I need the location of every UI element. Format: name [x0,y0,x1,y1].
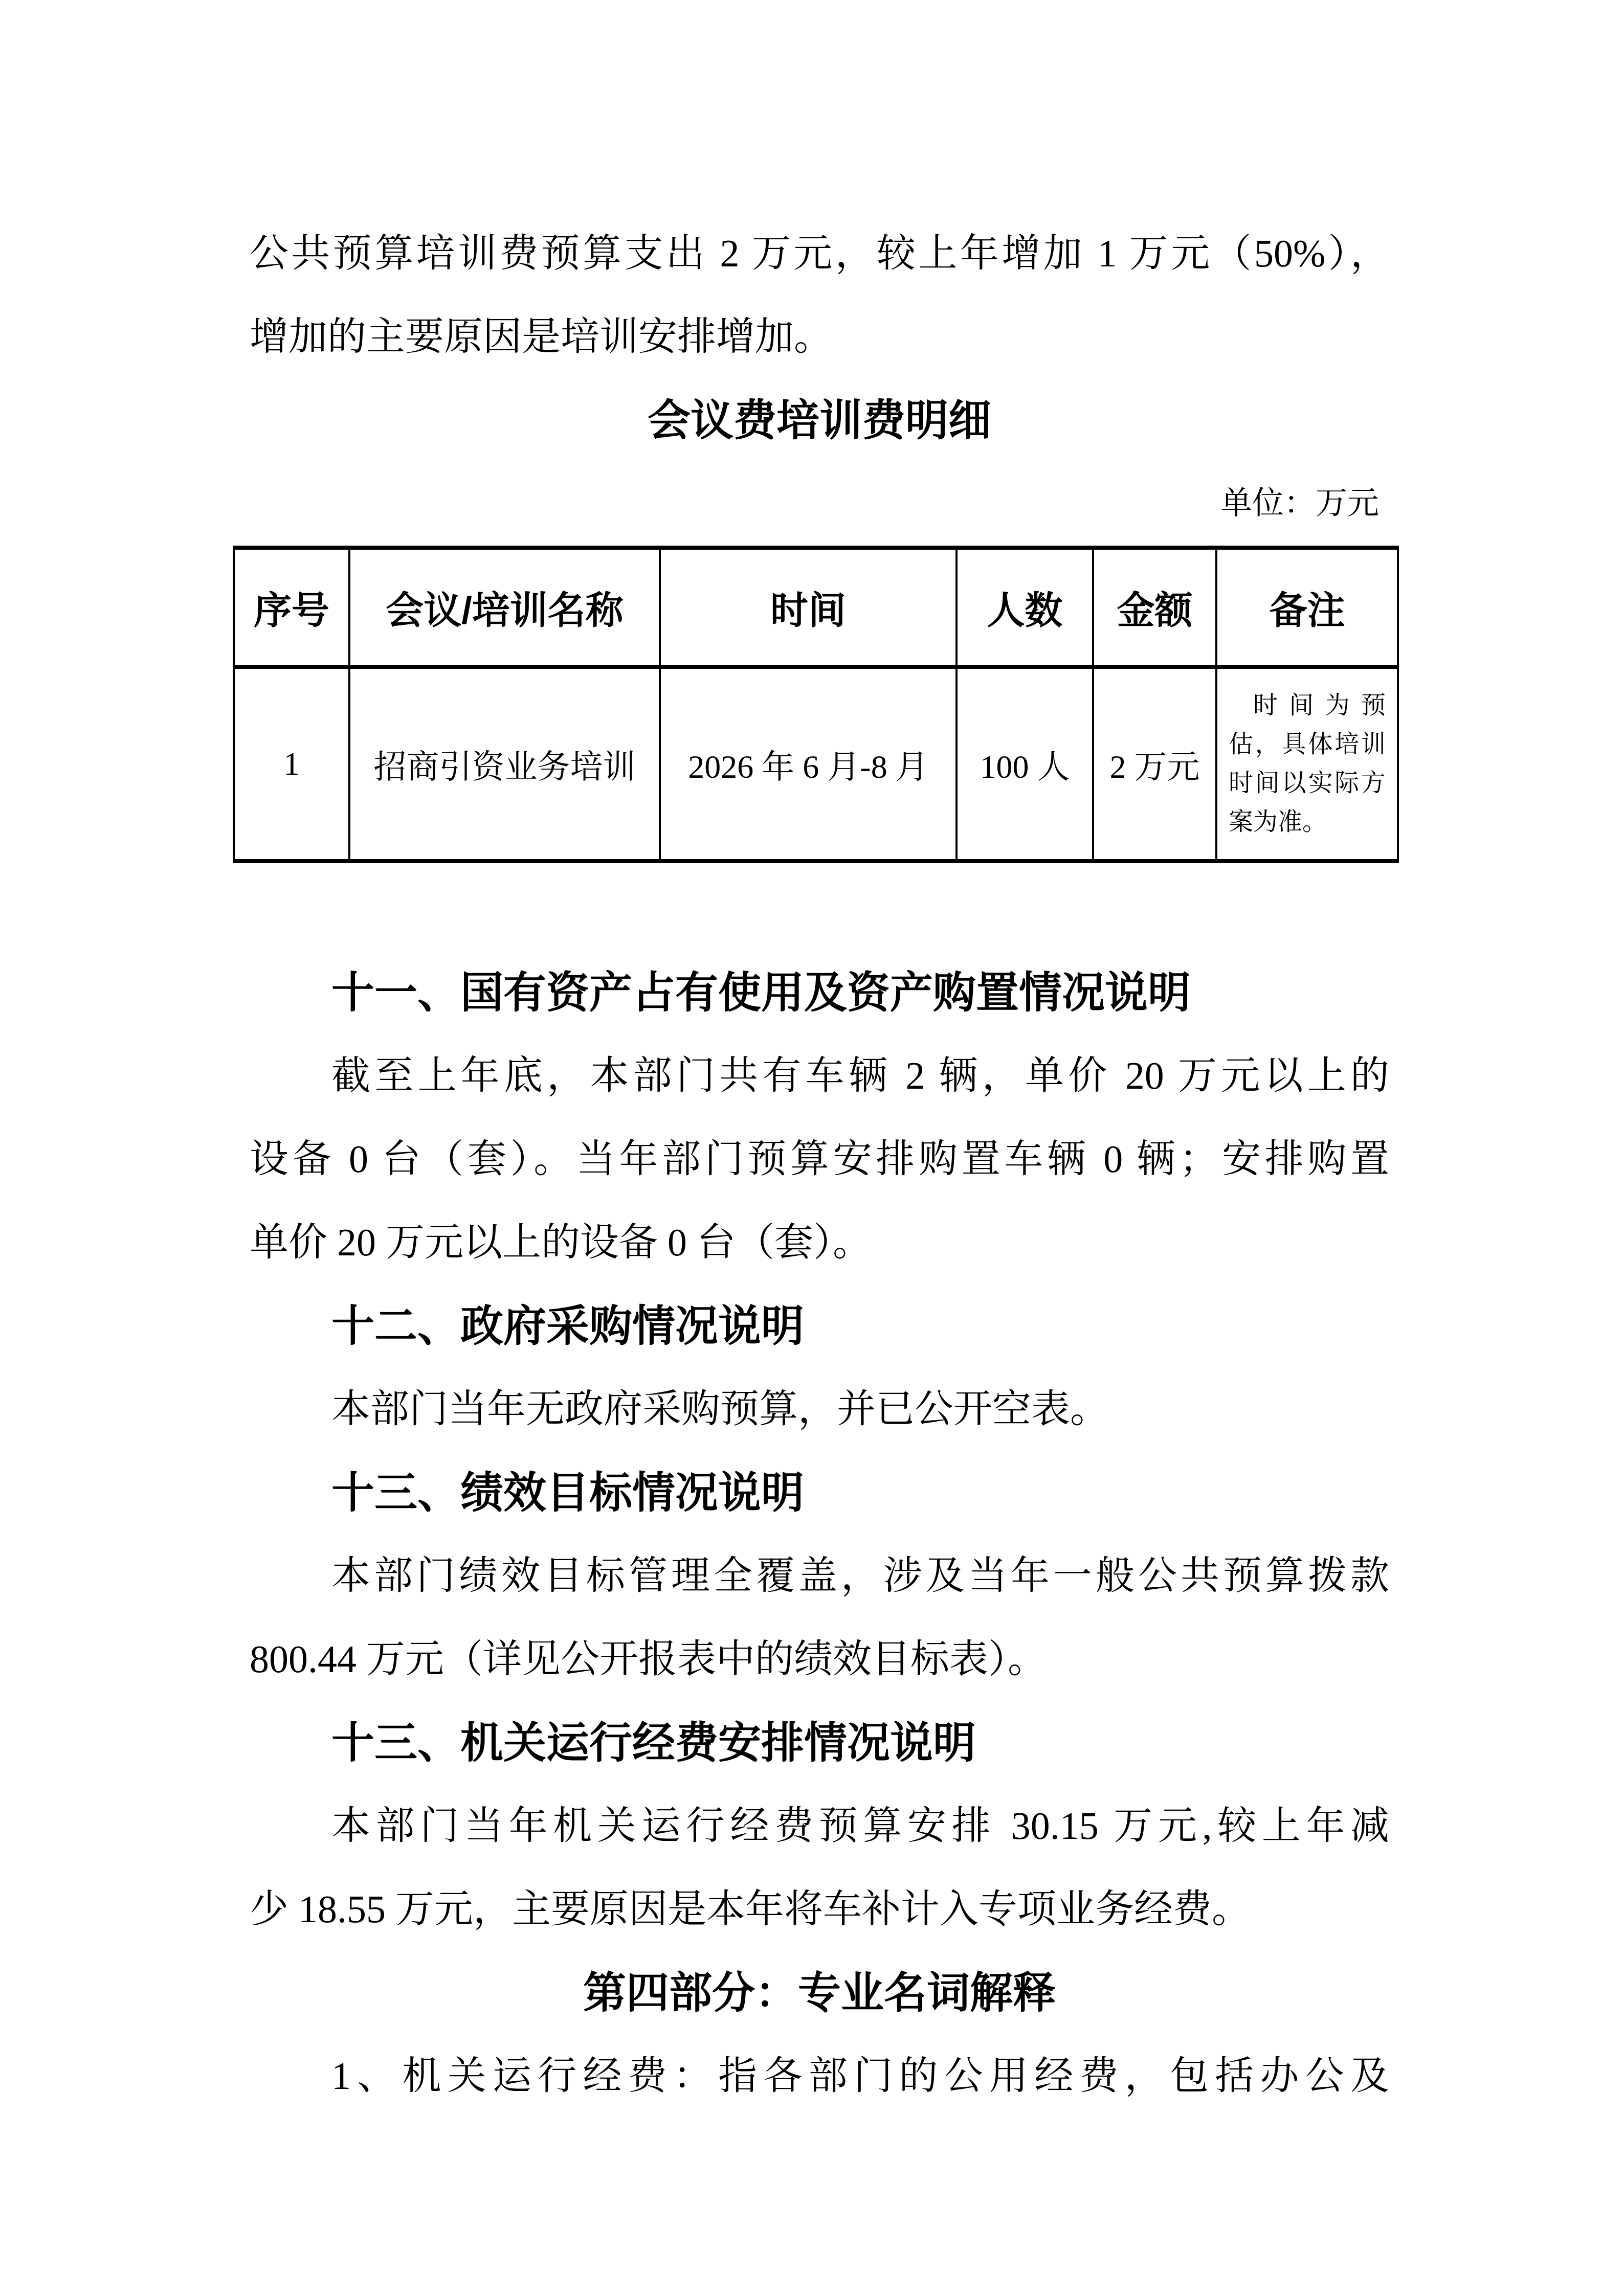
body-line: 单价 20 万元以上的设备 0 台（套）。 [250,1201,1389,1285]
body-line: 本部门当年无政府采购预算，并已公开空表。 [250,1368,1389,1451]
section-11-heading: 十一、国有资产占有使用及资产购置情况说明 [250,951,1389,1034]
content-area: 公共预算培训费预算支出 2 万元，较上年增加 1 万元（50%）， 增加的主要原… [250,212,1389,2118]
col-header-people: 人数 [956,548,1093,667]
col-header-seq: 序号 [234,548,349,667]
cell-amount: 2 万元 [1093,667,1216,861]
section-13b-heading: 十三、机关运行经费安排情况说明 [250,1701,1389,1785]
cell-seq: 1 [234,667,349,861]
cell-note: 时间为预估，具体培训时间以实际方案为准。 [1216,667,1398,861]
section-13-heading: 十三、绩效目标情况说明 [250,1451,1389,1535]
document-page: 公共预算培训费预算支出 2 万元，较上年增加 1 万元（50%）， 增加的主要原… [0,0,1624,2296]
section-12-paragraph: 本部门当年无政府采购预算，并已公开空表。 [250,1368,1389,1451]
cell-people: 100 人 [956,667,1093,861]
body-line: 少 18.55 万元，主要原因是本年将车补计入专项业务经费。 [250,1868,1389,1951]
intro-line-1: 公共预算培训费预算支出 2 万元，较上年增加 1 万元（50%）， [250,212,1389,296]
table-header-row: 序号 会议/培训名称 时间 人数 金额 备注 [234,548,1398,667]
body-line: 设备 0 台（套）。当年部门预算安排购置车辆 0 辆；安排购置 [250,1118,1389,1201]
col-header-name: 会议/培训名称 [349,548,660,667]
col-header-time: 时间 [660,548,956,667]
col-header-amount: 金额 [1093,548,1216,667]
body-line: 截至上年底，本部门共有车辆 2 辆，单价 20 万元以上的 [250,1034,1389,1118]
cell-time: 2026 年 6 月-8 月 [660,667,956,861]
body-line: 本部门当年机关运行经费预算安排 30.15 万元,较上年减 [250,1785,1389,1868]
section-13-paragraph: 本部门绩效目标管理全覆盖，涉及当年一般公共预算拨款 800.44 万元（详见公开… [250,1535,1389,1701]
col-header-note: 备注 [1216,548,1398,667]
section-12-heading: 十二、政府采购情况说明 [250,1285,1389,1368]
section-13b-paragraph: 本部门当年机关运行经费预算安排 30.15 万元,较上年减 少 18.55 万元… [250,1785,1389,1951]
intro-line-2: 增加的主要原因是培训安排增加。 [250,296,1389,379]
unit-label: 单位：万元 [250,462,1389,546]
glossary-line: 1、机关运行经费：指各部门的公用经费，包括办公及 [250,2035,1389,2118]
glossary-paragraph: 1、机关运行经费：指各部门的公用经费，包括办公及 [250,2035,1389,2118]
table-row: 1 招商引资业务培训 2026 年 6 月-8 月 100 人 2 万元 时间为… [234,667,1398,861]
meeting-training-table: 序号 会议/培训名称 时间 人数 金额 备注 1 招商引资业务培训 2026 年… [233,546,1399,863]
body-line: 本部门绩效目标管理全覆盖，涉及当年一般公共预算拨款 [250,1535,1389,1618]
body-line: 800.44 万元（详见公开报表中的绩效目标表）。 [250,1618,1389,1701]
part4-heading: 第四部分：专业名词解释 [250,1951,1389,2035]
table-title: 会议费培训费明细 [250,379,1389,462]
intro-paragraph: 公共预算培训费预算支出 2 万元，较上年增加 1 万元（50%）， 增加的主要原… [250,212,1389,379]
cell-name: 招商引资业务培训 [349,667,660,861]
section-11-paragraph: 截至上年底，本部门共有车辆 2 辆，单价 20 万元以上的 设备 0 台（套）。… [250,1034,1389,1285]
